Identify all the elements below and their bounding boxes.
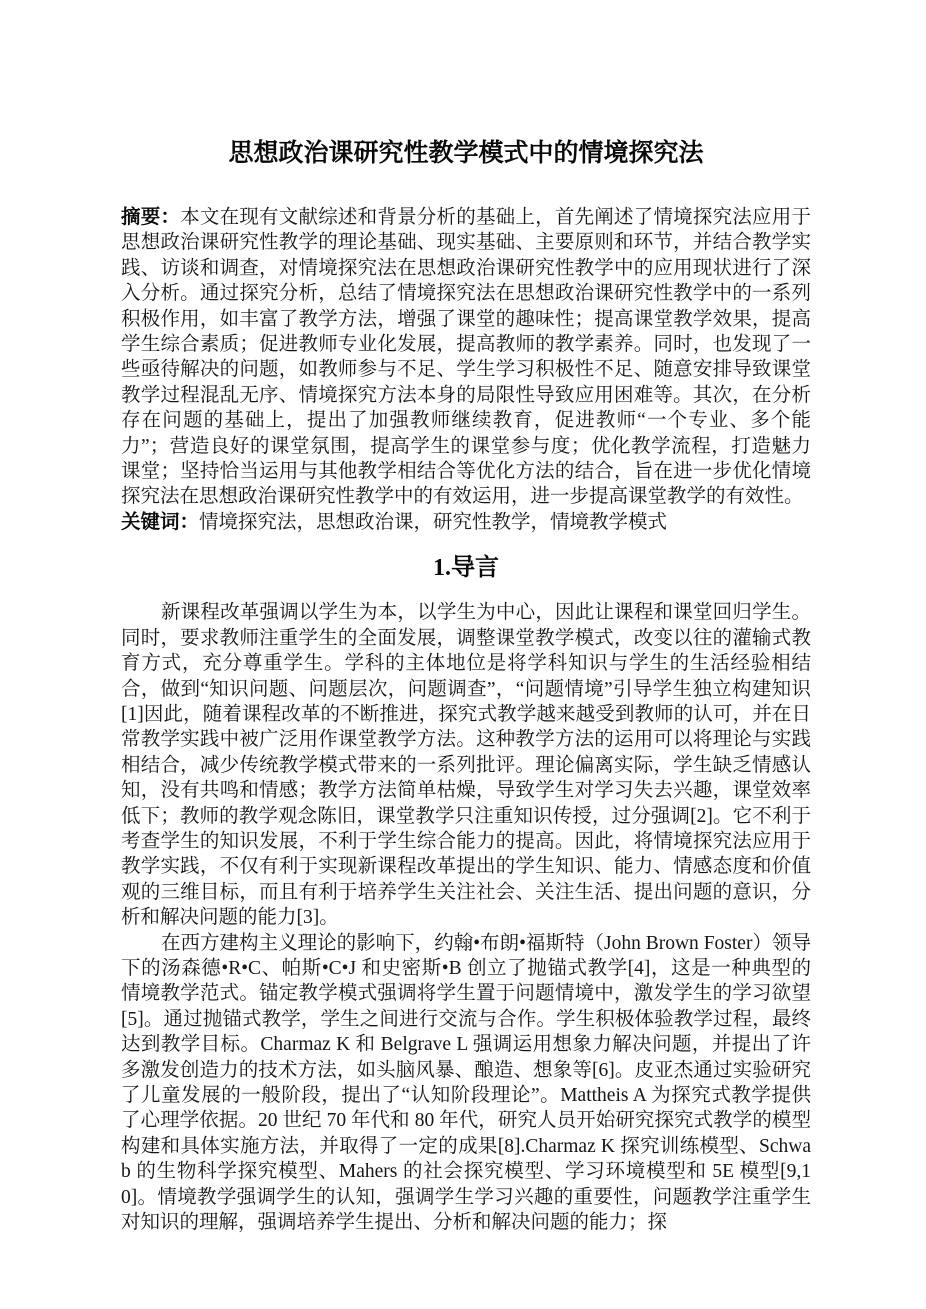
paper-title: 思想政治课研究性教学模式中的情境探究法 xyxy=(121,139,811,169)
document-page: 思想政治课研究性教学模式中的情境探究法 摘要：本文在现有文献综述和背景分析的基础… xyxy=(0,0,926,1309)
abstract-paragraph: 摘要：本文在现有文献综述和背景分析的基础上，首先阐述了情境探究法应用于思想政治课… xyxy=(121,205,811,510)
body-paragraph-1: 新课程改革强调以学生为本，以学生为中心，因此让课程和课堂回归学生。同时，要求教师… xyxy=(121,600,811,930)
abstract-text: 本文在现有文献综述和背景分析的基础上，首先阐述了情境探究法应用于思想政治课研究性… xyxy=(121,207,811,507)
keywords-label: 关键词： xyxy=(121,512,199,533)
keywords-paragraph: 关键词：情境探究法，思想政治课，研究性教学，情境教学模式 xyxy=(121,510,811,535)
abstract-label: 摘要： xyxy=(121,207,180,228)
keywords-text: 情境探究法，思想政治课，研究性教学，情境教学模式 xyxy=(199,512,667,533)
section-heading-introduction: 1.导言 xyxy=(121,554,811,583)
body-paragraph-2: 在西方建构主义理论的影响下，约翰•布朗•福斯特（John Brown Foste… xyxy=(121,931,811,1236)
